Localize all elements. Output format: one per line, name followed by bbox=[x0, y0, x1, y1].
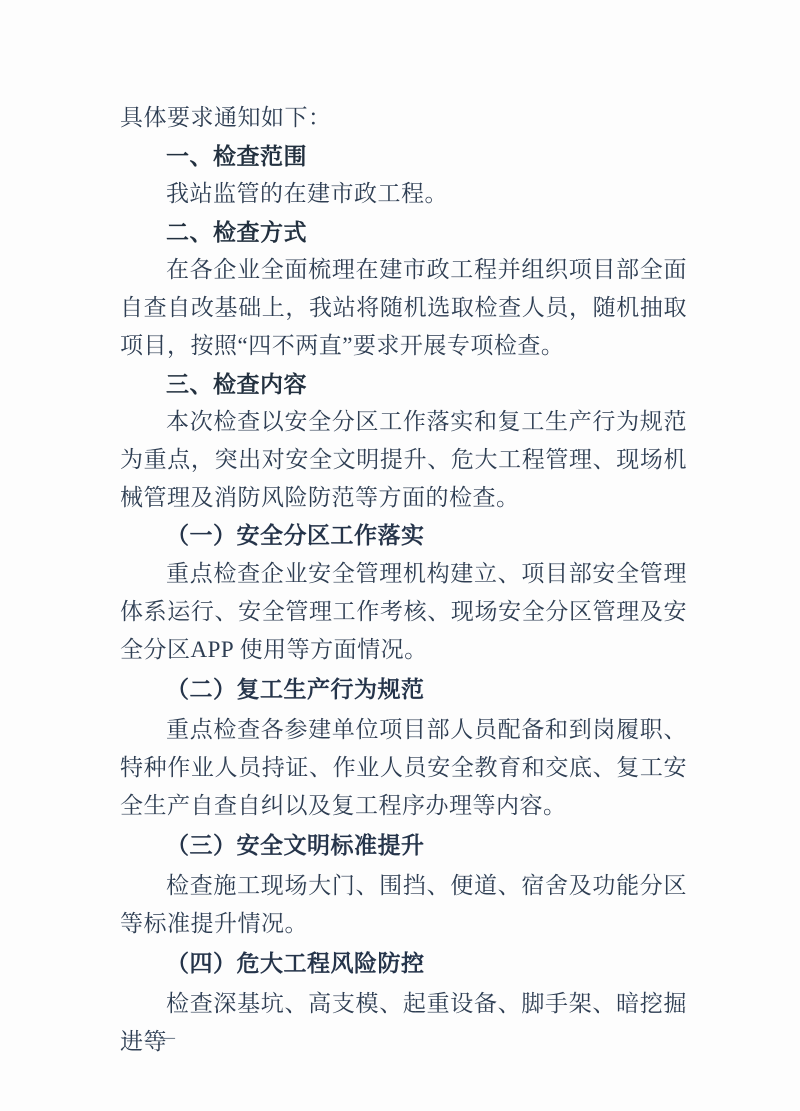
section-heading-3: 三、检查内容 bbox=[120, 365, 687, 403]
paragraph: 检查深基坑、高支模、起重设备、脚手架、暗挖掘进等 bbox=[120, 985, 687, 1061]
paragraph: 我站监管的在建市政工程。 bbox=[120, 175, 687, 213]
paragraph: 重点检查各参建单位项目部人员配备和到岗履职、特种作业人员持证、作业人员安全教育和… bbox=[120, 711, 687, 825]
paragraph: 重点检查企业安全管理机构建立、项目部安全管理体系运行、安全管理工作考核、现场安全… bbox=[120, 555, 687, 669]
section-heading-2: 二、检查方式 bbox=[120, 213, 687, 251]
subsection-heading-2: （二）复工生产行为规范 bbox=[120, 671, 687, 709]
section-heading-1: 一、检查范围 bbox=[120, 137, 687, 175]
subsection-heading-1: （一）安全分区工作落实 bbox=[120, 517, 687, 555]
paragraph: 本次检查以安全分区工作落实和复工生产行为规范为重点，突出对安全文明提升、危大工程… bbox=[120, 403, 687, 517]
subsection-heading-3: （三）安全文明标准提升 bbox=[120, 827, 687, 865]
paragraph: 在各企业全面梳理在建市政工程并组织项目部全面自查自改基础上，我站将随机选取检查人… bbox=[120, 251, 687, 365]
document-page: 具体要求通知如下： 一、检查范围 我站监管的在建市政工程。 二、检查方式 在各企… bbox=[0, 0, 800, 1111]
paragraph: 检查施工现场大门、围挡、便道、宿舍及功能分区等标准提升情况。 bbox=[120, 867, 687, 943]
document-body: 具体要求通知如下： 一、检查范围 我站监管的在建市政工程。 二、检查方式 在各企… bbox=[120, 99, 687, 1061]
continuation-line: 具体要求通知如下： bbox=[120, 99, 687, 137]
page-number: — 2 — bbox=[122, 1028, 177, 1048]
subsection-heading-4: （四）危大工程风险防控 bbox=[120, 945, 687, 983]
